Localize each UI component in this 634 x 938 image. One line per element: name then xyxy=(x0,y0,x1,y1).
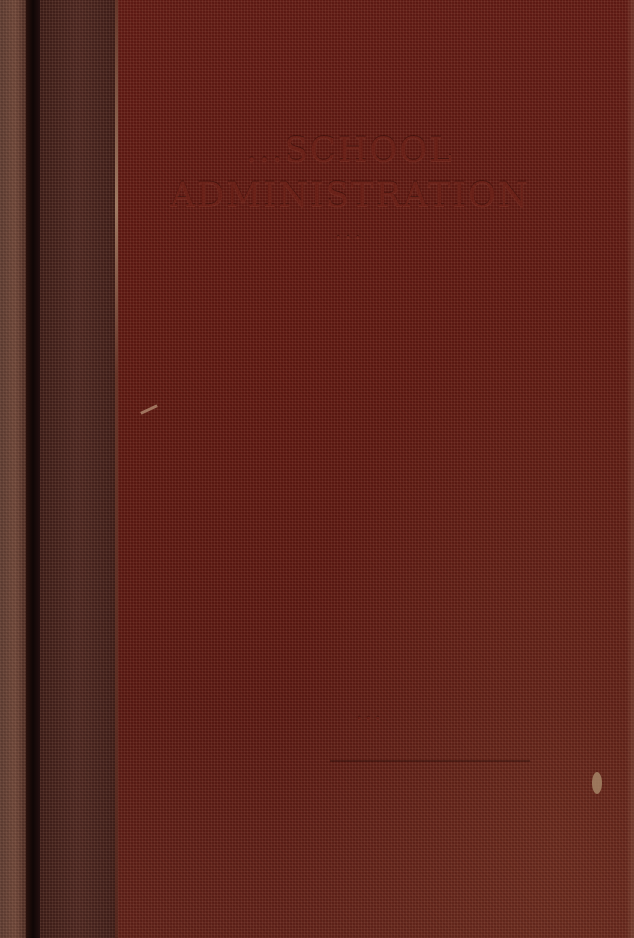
spine-outer-edge xyxy=(0,0,26,938)
book-spine xyxy=(40,0,116,938)
cover-right-edge xyxy=(626,0,634,938)
spine-groove xyxy=(26,0,40,938)
subtitle-line: ... xyxy=(150,218,550,248)
title-line: ADMINISTRATION xyxy=(150,172,550,218)
wear-mark xyxy=(592,772,602,794)
embossed-rule xyxy=(330,760,530,762)
title-line: ...SCHOOL xyxy=(150,128,550,172)
embossed-author: ... xyxy=(180,700,560,724)
book-photo: ...SCHOOL ADMINISTRATION ... ... xyxy=(0,0,634,938)
embossed-title: ...SCHOOL ADMINISTRATION ... xyxy=(150,128,550,248)
